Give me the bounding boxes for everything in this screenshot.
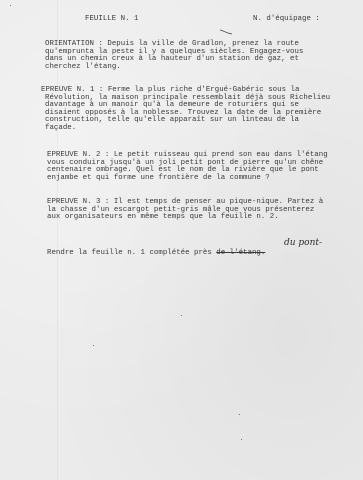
epreuve-2-section: EPREUVE N. 2 : Le petit ruisseau qui pre… — [47, 152, 328, 182]
team-number-label: N. d'équipage : — [253, 16, 320, 24]
epreuve-1-line: façade. — [41, 125, 330, 133]
return-instruction: Rendre la feuille n. 1 complétée près de… — [47, 241, 265, 259]
paper-fold-shadow — [57, 0, 58, 480]
orientation-line: cherchez l'étang. — [45, 64, 303, 72]
pen-squiggle-mark — [219, 29, 233, 35]
struck-out-location: de l'étang. — [216, 249, 265, 257]
return-instruction-text: Rendre la feuille n. 1 complétée près — [47, 249, 216, 257]
sheet-title: FEUILLE N. 1 — [85, 16, 138, 24]
epreuve-1-section: EPREUVE N. 1 : Ferme la plus riche d'Erg… — [41, 87, 330, 133]
orientation-section: ORIENTATION : Depuis la ville de Gradlon… — [45, 41, 303, 71]
epreuve-3-line: aux organisateurs en même temps que la f… — [47, 214, 323, 222]
epreuve-2-line: enjambe et qui forme une frontière de la… — [47, 175, 328, 183]
handwritten-correction: du pont- — [284, 238, 322, 248]
epreuve-3-section: EPREUVE N. 3 : Il est temps de penser au… — [47, 199, 323, 222]
epreuve-1-line: construction, telle qu'elle apparaît sur… — [41, 117, 330, 125]
